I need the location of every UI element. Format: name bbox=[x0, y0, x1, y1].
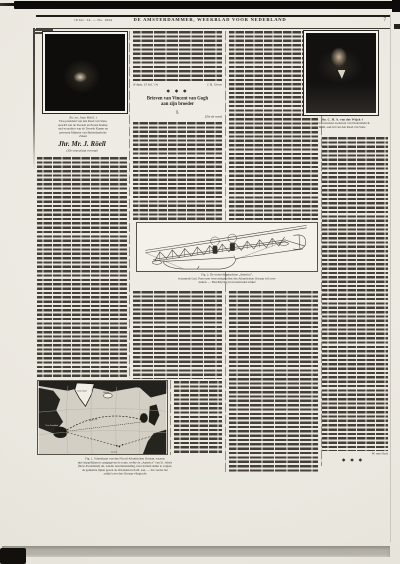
map-label-ireland: Ierland bbox=[134, 411, 141, 413]
newspaper-page: 19 Jul. '14. — No. 1934 DE AMSTERDAMMER,… bbox=[0, 0, 400, 564]
flying-boat-caption: Fig. 2. De watervliegmachine „America”, … bbox=[140, 273, 314, 286]
body-text-column2-lower bbox=[133, 291, 222, 379]
asterism-divider: ✱ ✱ ✱ bbox=[318, 458, 388, 465]
scan-bottom-band bbox=[2, 546, 390, 557]
body-text-column1 bbox=[37, 157, 127, 378]
signature-name: J. B. Greve bbox=[207, 83, 222, 87]
map-caption: Fig. 1. Schetskaart van den Noord-Atlant… bbox=[38, 457, 212, 479]
body-text-column2-top bbox=[133, 31, 222, 82]
map-illustration: Groenland IJsland Ierland New-Foundland … bbox=[38, 381, 167, 454]
body-text-beside-map bbox=[174, 381, 222, 455]
flying-boat-drawing bbox=[137, 223, 317, 271]
scan-top-smear bbox=[0, 3, 16, 6]
roell-article-subheading: (Zie onze plaat voorop) bbox=[36, 149, 128, 155]
map-label-newfoundland: New-Foundland bbox=[46, 425, 59, 427]
body-text-column4 bbox=[322, 137, 388, 451]
atlantic-route-map: Groenland IJsland Ierland New-Foundland … bbox=[37, 380, 168, 455]
scan-bottom-blob bbox=[0, 548, 26, 564]
wijck-portrait-photo bbox=[306, 33, 376, 113]
masthead-title: DE AMSTERDAMMER, WEEKBLAD VOOR NEDERLAND bbox=[118, 17, 302, 27]
header-rule-bottom bbox=[36, 28, 390, 29]
body-text-column3-lower bbox=[229, 291, 318, 473]
map-label-iceland: IJsland bbox=[103, 392, 110, 394]
roell-portrait-plate bbox=[42, 31, 128, 114]
wijck-photo-caption: Jhr. C. H. A. van der Wijck † oud-Gouver… bbox=[299, 118, 385, 135]
portrait-collar-highlight bbox=[338, 70, 346, 79]
roell-photo-caption: Jhr. mr. Joan Röell, † Vice-president va… bbox=[36, 116, 130, 139]
vangogh-article-heading: Brieven van Vincent van Gogh aan zijn br… bbox=[133, 96, 222, 109]
page-edge-line bbox=[390, 14, 391, 542]
wijck-portrait-plate bbox=[303, 30, 379, 116]
roell-article-heading: Jhr. Mr. J. Röell bbox=[36, 140, 128, 148]
page-number: 7 bbox=[356, 17, 386, 27]
roell-portrait-photo bbox=[45, 34, 125, 111]
body-text-column2-mid bbox=[133, 122, 222, 220]
fold-shadow bbox=[33, 28, 35, 170]
flying-boat-figure bbox=[136, 222, 318, 272]
map-label-greenland: Groenland bbox=[77, 391, 87, 393]
scan-edge-mark bbox=[394, 24, 400, 29]
vangogh-note: (Zie de noot) bbox=[133, 115, 222, 121]
asterism-divider: ✱ ✱ ✱ bbox=[133, 89, 222, 96]
scan-top-strip bbox=[14, 1, 400, 9]
column-rule bbox=[129, 31, 130, 379]
column-rule bbox=[170, 380, 171, 455]
signature-place-date: A'dam, 15 Jul. '14. bbox=[133, 83, 158, 87]
scan-edge-mark bbox=[392, 0, 400, 12]
